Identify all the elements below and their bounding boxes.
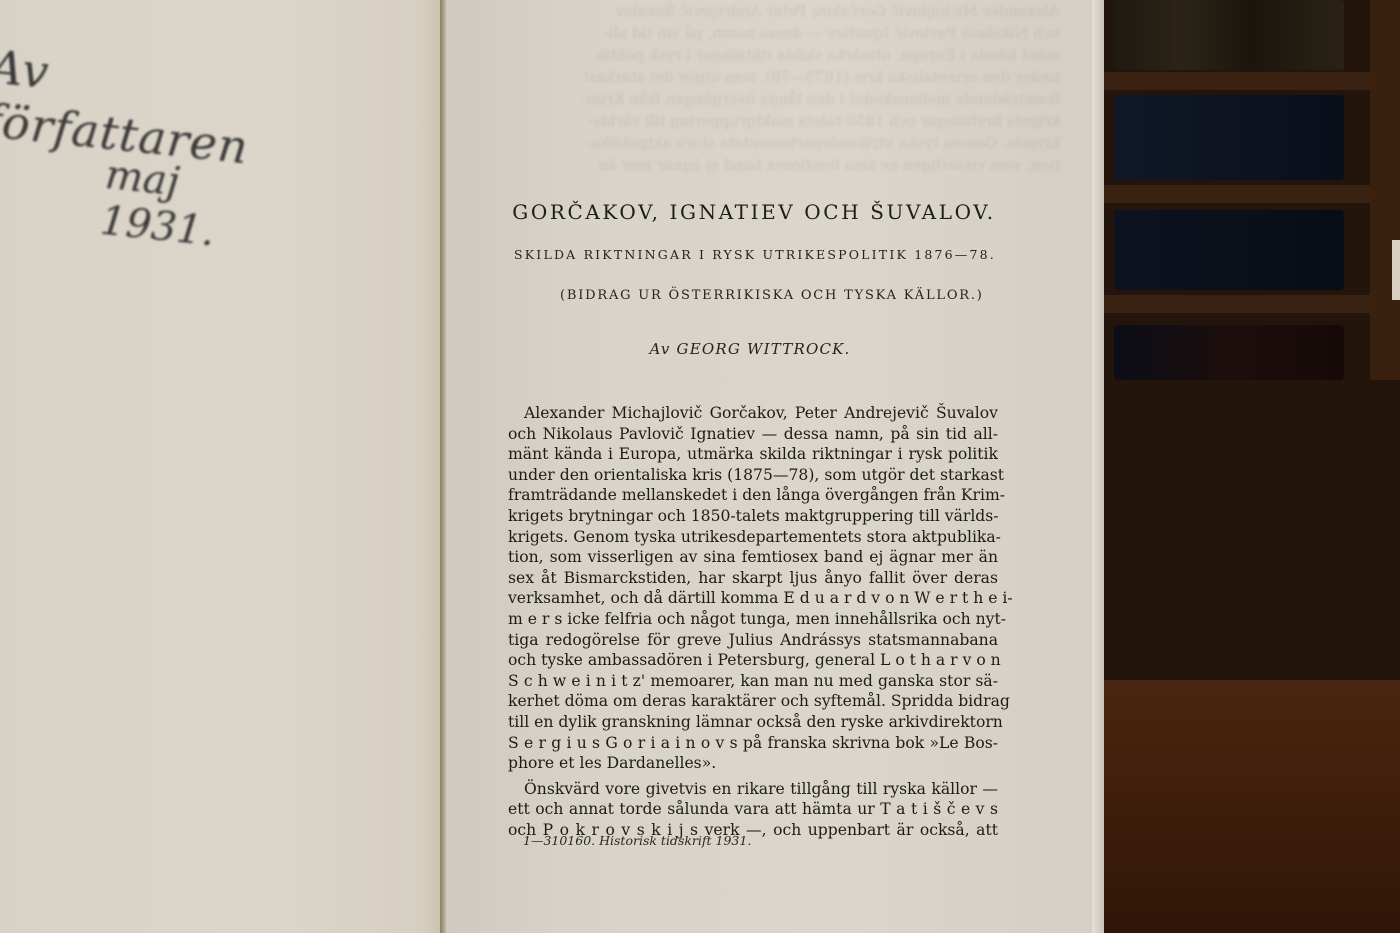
body-line: framträdande mellanskedet i den långa öv… xyxy=(508,485,998,506)
shelf-board xyxy=(1100,72,1400,90)
inscription-line-2: maj 1931. xyxy=(98,152,307,264)
body-line: m e r s icke felfria och något tunga, me… xyxy=(508,609,998,630)
body-line: och Nikolaus Pavlovič Ignatiev — dessa n… xyxy=(508,424,998,445)
show-through-text: Alexander Michajlovič Gorčakov, Peter An… xyxy=(500,0,1060,190)
article-byline: Av GEORG WITTROCK. xyxy=(600,340,900,358)
page-edge xyxy=(1092,0,1104,933)
body-line: phore et les Dardanelles». xyxy=(508,753,998,774)
body-line: krigets brytningar och 1850-talets maktg… xyxy=(508,506,998,527)
body-line: verksamhet, och då därtill komma E d u a… xyxy=(508,588,998,609)
article-body: Alexander Michajlovič Gorčakov, Peter An… xyxy=(508,403,998,840)
shelf-board xyxy=(1100,295,1400,313)
article-title: GORČAKOV, IGNATIEV OCH ŠUVALOV. xyxy=(506,200,1002,224)
book-row xyxy=(1114,325,1344,380)
body-line: under den orientaliska kris (1875—78), s… xyxy=(508,465,998,486)
body-line: sex åt Bismarckstiden, har skarpt ljus å… xyxy=(508,568,998,589)
page-footer-signature: 1—310160. Historisk tidskrift 1931. xyxy=(523,833,751,848)
body-line: tiga redogörelse för greve Julius András… xyxy=(508,630,998,651)
handwritten-inscription: Av författaren maj 1931. xyxy=(0,30,318,252)
shelf-side-panel xyxy=(1370,0,1400,380)
body-line: till en dylik granskning lämnar också de… xyxy=(508,712,998,733)
body-line: krigets. Genom tyska utrikesdepartemente… xyxy=(508,527,998,548)
body-line: tion, som visserligen av sina femtiosex … xyxy=(508,547,998,568)
body-line: Alexander Michajlovič Gorčakov, Peter An… xyxy=(508,403,998,424)
wooden-table xyxy=(1100,680,1400,933)
book-row xyxy=(1114,0,1344,70)
body-line: Önskvärd vore givetvis en rikare tillgån… xyxy=(508,779,998,800)
body-line: S e r g i u s G o r i a i n o v s på fra… xyxy=(508,733,998,754)
light-reflection xyxy=(1392,240,1400,300)
book-row xyxy=(1114,95,1344,180)
body-line: ett och annat torde sålunda vara att häm… xyxy=(508,799,998,820)
shelf-board xyxy=(1100,185,1400,203)
article-source-note: (BIDRAG UR ÖSTERRIKISKA OCH TYSKA KÄLLOR… xyxy=(560,288,940,303)
book-row xyxy=(1114,210,1344,290)
body-line: mänt kända i Europa, utmärka skilda rikt… xyxy=(508,444,998,465)
left-page: Av författaren maj 1931. xyxy=(0,0,443,933)
body-line: och tyske ambassadören i Petersburg, gen… xyxy=(508,650,998,671)
photo-scene: Av författaren maj 1931. Alexander Micha… xyxy=(0,0,1400,933)
body-line: S c h w e i n i t z' memoarer, kan man n… xyxy=(508,671,998,692)
body-line: kerhet döma om deras karaktärer och syft… xyxy=(508,691,998,712)
article-subtitle: SKILDA RIKTNINGAR I RYSK UTRIKESPOLITIK … xyxy=(514,247,994,262)
